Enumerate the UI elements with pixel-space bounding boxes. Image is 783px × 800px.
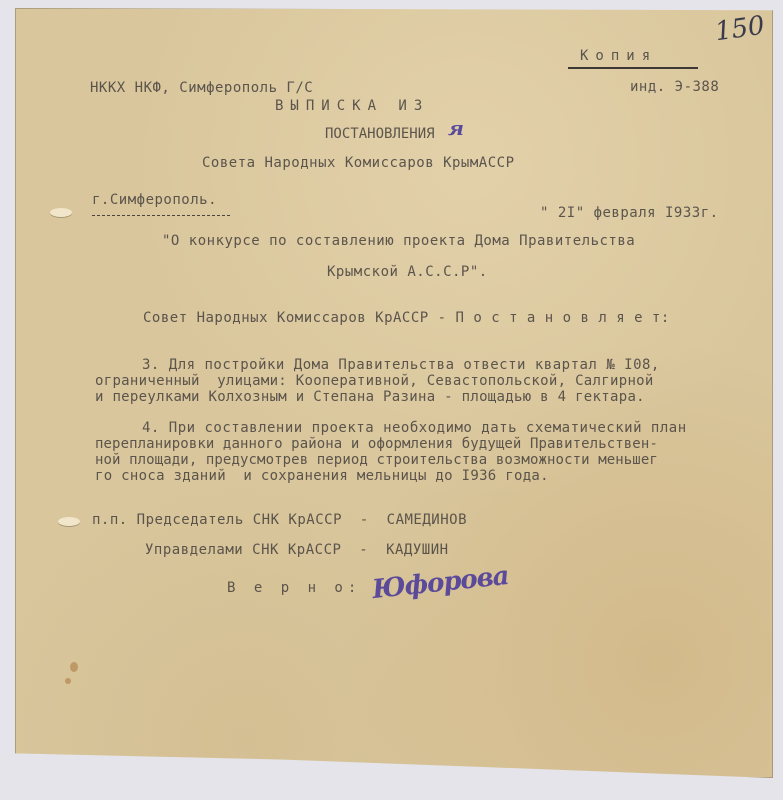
paragraph-4-line-1: 4. При составлении проекта необходимо да…	[142, 420, 687, 436]
copy-label: Копия	[580, 48, 657, 64]
title-extract: ВЫПИСКА ИЗ	[275, 98, 429, 114]
subject-line-1: "О конкурсе по составлению проекта Дома …	[162, 233, 635, 249]
verified-label: В е р н о:	[227, 580, 361, 596]
signature-chairman: п.п. Председатель СНК КрАССР - САМЕДИНОВ	[92, 512, 467, 528]
stain-spot	[65, 678, 71, 684]
subject-line-2: Крымской А.С.С.Р".	[327, 264, 488, 280]
paragraph-3-line-2: ограниченный улицами: Кооперативной, Сев…	[95, 373, 654, 389]
binder-hole-top	[50, 208, 72, 217]
paragraph-4-line-3: ной площади, предусмотрев период строите…	[95, 452, 658, 468]
index-number: инд. Э-388	[630, 79, 719, 95]
date: " 2I" февраля I933г.	[540, 205, 719, 221]
place: г.Симферополь.	[92, 192, 217, 208]
paragraph-4-line-4: го сноса зданий и сохранения мельницы до…	[95, 468, 549, 484]
paragraph-4-line-2: перепланировки данного района и оформлен…	[95, 436, 658, 452]
header-org: НККХ НКФ, Симферополь Г/С	[90, 80, 313, 96]
resolution-intro: Совет Народных Комиссаров КрАССР - П о с…	[143, 310, 670, 326]
ink-correction-mark: я	[448, 116, 464, 140]
paragraph-3-line-3: и переулками Колхозным и Степана Разина …	[95, 389, 645, 405]
stain-spot	[70, 662, 78, 672]
binder-hole-bottom	[58, 517, 80, 526]
place-underline	[92, 215, 230, 216]
copy-underline	[568, 67, 698, 69]
paragraph-3-line-1: 3. Для постройки Дома Правительства отве…	[142, 357, 660, 373]
title-council: Совета Народных Комиссаров КрымАССР	[202, 155, 515, 171]
title-resolution: ПОСТАНОВЛЕНИЯ	[325, 126, 435, 142]
signature-manager: Управделами СНК КрАССР - КАДУШИН	[145, 542, 449, 558]
